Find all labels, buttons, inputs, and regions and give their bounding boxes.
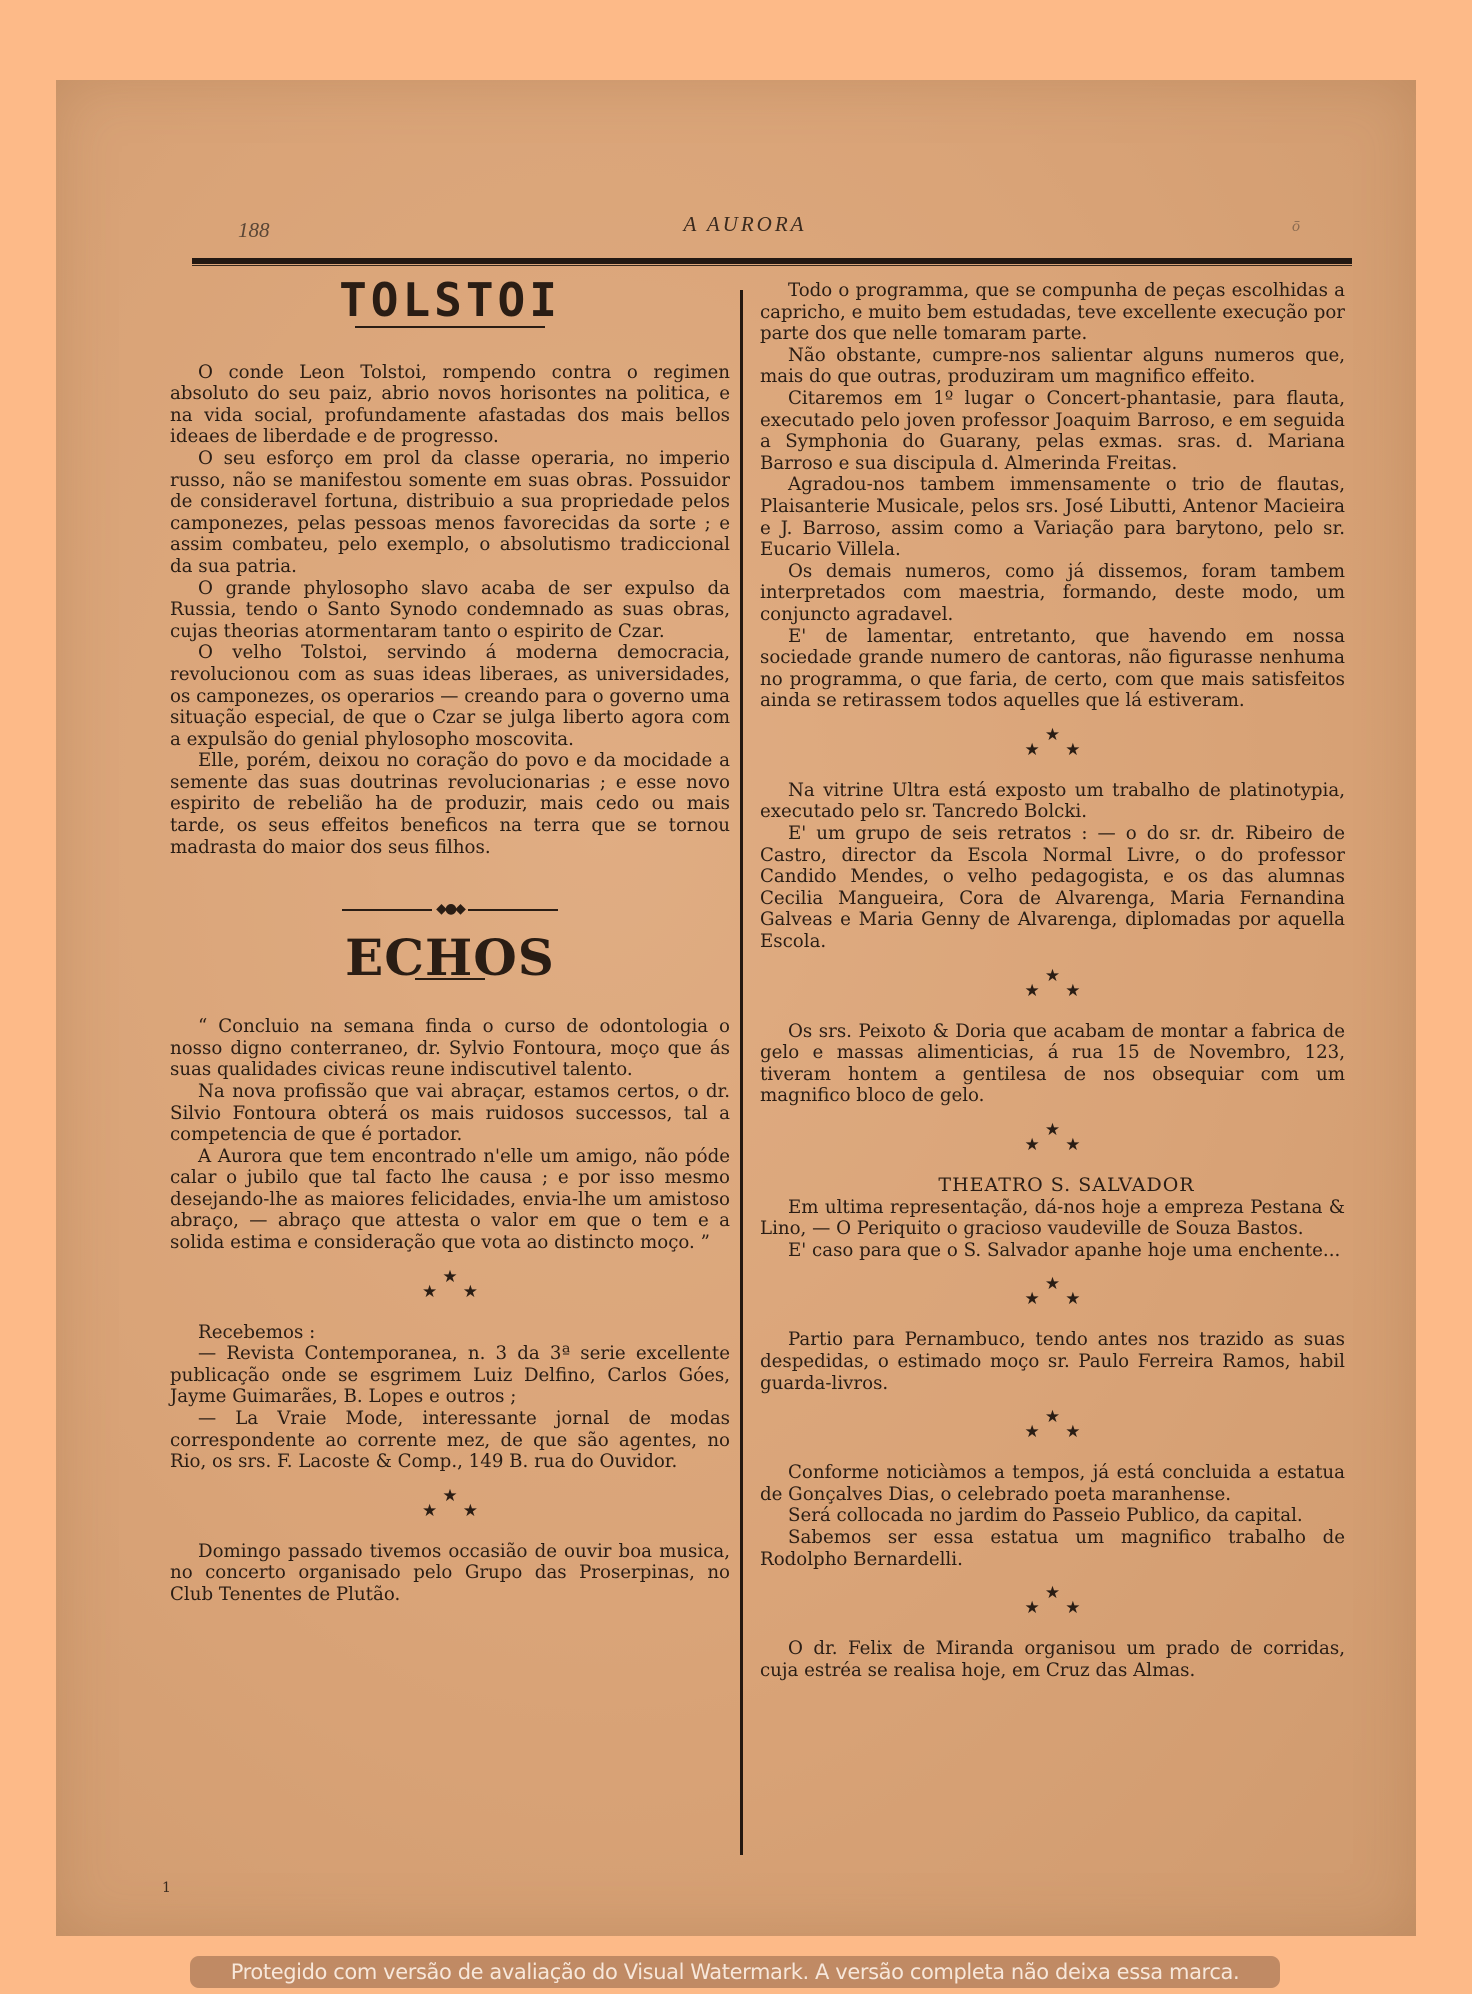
echos-paragraph: — La Vraie Mode, interessante jornal de … [170, 1408, 730, 1473]
gelo-paragraph: Os srs. Peixoto & Doria que acabam de mo… [760, 1021, 1345, 1107]
asterism-divider: ★ ★ ★ [170, 1489, 730, 1519]
estatua-paragraph: Sabemos ser essa estatua um magnifico tr… [760, 1527, 1345, 1570]
asterism-divider: ★ ★ ★ [760, 969, 1345, 999]
ornament-line [342, 909, 432, 911]
header-rule [192, 258, 1352, 264]
running-head: 188 A AURORA ō [190, 212, 1300, 240]
echos-paragraph: — Revista Contemporanea, n. 3 da 3ª seri… [170, 1343, 730, 1408]
newspaper-title: A AURORA [190, 212, 1300, 237]
asterism-divider: ★ ★ ★ [760, 1123, 1345, 1153]
echos-paragraph: “ Concluio na semana finda o curso de od… [170, 1016, 730, 1081]
echos-paragraph: Recebemos : [170, 1322, 730, 1344]
star-icon: ★ ★ [760, 743, 1345, 758]
star-icon: ★ ★ [760, 1138, 1345, 1153]
concert-paragraph: E' de lamentar, entretanto, que havendo … [760, 626, 1345, 712]
tolstoi-paragraph: O seu esforço em prol da classe operaria… [170, 448, 730, 578]
column-divider [740, 290, 743, 1855]
tolstoi-paragraph: O conde Leon Tolstoi, rompendo contra o … [170, 362, 730, 448]
vitrine-paragraph: Na vitrine Ultra está exposto um trabalh… [760, 780, 1345, 823]
theatro-paragraph: E' caso para que o S. Salvador apanhe ho… [760, 1240, 1345, 1262]
concert-paragraph: Citaremos em 1º lugar o Concert-phantasi… [760, 388, 1345, 474]
asterism-divider: ★ ★ ★ [760, 1277, 1345, 1307]
concert-paragraph: Agradou-nos tambem immensamente o trio d… [760, 474, 1345, 560]
ornament-line [468, 909, 558, 911]
star-icon: ★ ★ [760, 1601, 1345, 1616]
corner-mark: ō [1292, 218, 1300, 236]
watermark-banner: Protegido com versão de avaliação do Vis… [190, 1956, 1280, 1988]
tolstoi-paragraph: O grande phylosopho slavo acaba de ser e… [170, 578, 730, 643]
partio-paragraph: Partio para Pernambuco, tendo antes nos … [760, 1329, 1345, 1394]
echos-paragraph: Na nova profissão que vai abraçar, estam… [170, 1081, 730, 1146]
signature-mark: 1 [162, 1880, 171, 1896]
star-icon: ★ ★ [170, 1504, 730, 1519]
asterism-divider: ★ ★ ★ [760, 1410, 1345, 1440]
star-icon: ★ ★ [760, 1292, 1345, 1307]
vitrine-paragraph: E' um grupo de seis retratos : — o do sr… [760, 823, 1345, 953]
star-icon: ★ ★ [760, 1425, 1345, 1440]
asterism-divider: ★ ★ ★ [760, 1586, 1345, 1616]
right-column: Todo o programma, que se compunha de peç… [760, 280, 1345, 1681]
article-title-tolstoi: TOLSTOI [170, 290, 730, 312]
left-column: TOLSTOI O conde Leon Tolstoi, rompendo c… [170, 290, 730, 1606]
star-icon: ★ ★ [760, 984, 1345, 999]
theatro-paragraph: Em ultima representação, dá-nos hoje a e… [760, 1197, 1345, 1240]
asterism-divider: ★ ★ ★ [760, 728, 1345, 758]
concert-paragraph: Os demais numeros, como já dissemos, for… [760, 561, 1345, 626]
tolstoi-paragraph: O velho Tolstoi, servindo á moderna demo… [170, 642, 730, 750]
echos-paragraph: A Aurora que tem encontrado n'elle um am… [170, 1146, 730, 1254]
asterism-divider: ★ ★ ★ [170, 1270, 730, 1300]
estatua-paragraph: Será collocada no jardim do Passeio Publ… [760, 1505, 1345, 1527]
echos-paragraph: Domingo passado tivemos occasião de ouvi… [170, 1541, 730, 1606]
star-icon: ★ ★ [170, 1285, 730, 1300]
concert-paragraph: Todo o programma, que se compunha de peç… [760, 280, 1345, 345]
tolstoi-paragraph: Elle, porém, deixou no coração do povo e… [170, 750, 730, 858]
concert-paragraph: Não obstante, cumpre-nos salientar algun… [760, 345, 1345, 388]
section-title-echos: ECHOS [170, 947, 730, 969]
section-title-theatro: THEATRO S. SALVADOR [760, 1175, 1345, 1197]
ornament-divider: ◆●◆ [170, 898, 730, 920]
estatua-paragraph: Conforme noticiàmos a tempos, já está co… [760, 1462, 1345, 1505]
ornament-knot-icon: ◆●◆ [436, 899, 464, 921]
prado-paragraph: O dr. Felix de Miranda organisou um prad… [760, 1638, 1345, 1681]
